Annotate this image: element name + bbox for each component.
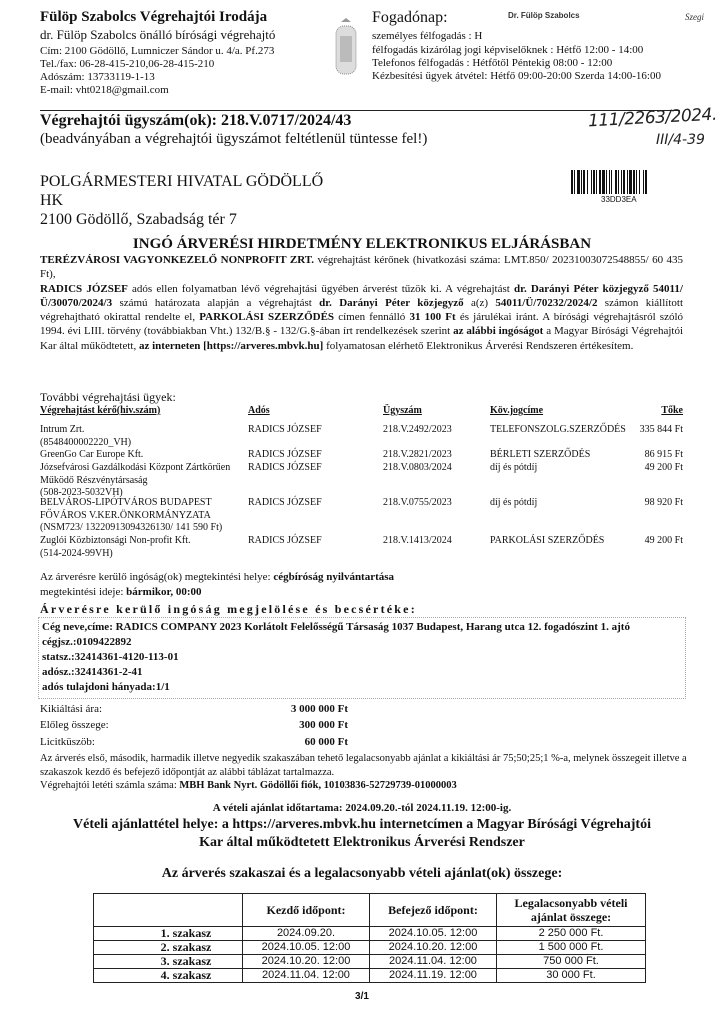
case-amount: 335 844 Ft: [600, 424, 683, 437]
col-header-creditor: Végrehajtást kérő(hiv.szám): [40, 405, 160, 416]
starting-price-label: Kikiáltási ára:: [40, 703, 102, 715]
item-ownership: adós tulajdoni hányada:1/1: [42, 680, 170, 694]
case-creditor: (NSM723/ 13220913094326130/ 141 590 Ft): [40, 522, 222, 535]
signature: Szegi: [685, 12, 704, 22]
further-cases-title: További végrehajtási ügyek:: [40, 390, 176, 405]
reception-personal: személyes félfogadás : H: [372, 30, 482, 43]
stage-end: 2024.10.20. 12:00: [370, 941, 497, 955]
bid-increment-label: Licitküszöb:: [40, 736, 95, 748]
reception-phone: Telefonos félfogadás : Hétfőtől Péntekig…: [372, 57, 612, 70]
col-header-amount: Tőke: [640, 405, 683, 416]
stages-table-header: Kezdő időpont: Befejező időpont: Legalac…: [94, 894, 646, 927]
deed-reference: 54011/Ü/70232/2024/2: [495, 297, 597, 309]
reception-title: Fogadónap:: [372, 9, 448, 27]
stage-name: 4. szakasz: [94, 969, 243, 983]
stage-start: 2024.11.04. 12:00: [243, 969, 370, 983]
recipient-address: 2100 Gödöllő, Szabadság tér 7: [40, 210, 237, 229]
case-debtor: RADICS JÓZSEF: [248, 449, 322, 462]
case-debtor: RADICS JÓZSEF: [248, 497, 322, 510]
office-address: Cím: 2100 Gödöllő, Lumniczer Sándor u. 4…: [40, 45, 274, 58]
reception-delivery: Kézbesítési ügyek átvétel: Hétfő 09:00-2…: [372, 70, 661, 83]
case-creditor: BELVÁROS-LIPÓTVÁROS BUDAPEST: [40, 497, 212, 510]
col-header-debtor: Adós: [248, 405, 270, 416]
header-divider: [40, 110, 680, 111]
stage-name: 2. szakasz: [94, 941, 243, 955]
item-stat-no: statsz.:32414361-4120-113-01: [42, 650, 179, 664]
viewing-time-label: megtekintési ideje:: [40, 586, 126, 598]
intro-text-part: adós ellen folyamatban lévő végrehajtási…: [128, 283, 514, 295]
page-number: 3/1: [0, 991, 724, 1002]
intro-text-part: az alábbi ingóságot: [453, 325, 543, 337]
viewing-place-label: Az árverésre kerülő ingóság(ok) megtekin…: [40, 571, 273, 583]
viewing-time: megtekintési ideje: bármikor, 00:00: [40, 586, 202, 598]
stages-note: Az árverés első, második, harmadik illet…: [40, 752, 690, 780]
handwritten-registration: 111/2263/2024.: [588, 105, 718, 132]
barcode-text: 33DD3EA: [601, 195, 637, 204]
case-number: Végrehajtói ügyszám(ok): 218.V.0717/2024…: [40, 112, 351, 130]
stages-table: Kezdő időpont: Befejező időpont: Legalac…: [93, 893, 646, 983]
case-creditor: Zuglói Közbiztonsági Non-profit Kft.: [40, 535, 191, 548]
case-number-note: (beadványában a végrehajtói ügyszámot fe…: [40, 131, 427, 148]
case-case: 218.V.0803/2024: [383, 462, 452, 475]
case-creditor: Józsefvárosi Gazdálkodási Központ Zártkö…: [40, 462, 230, 475]
stage-row: 3. szakasz2024.10.20. 12:002024.11.04. 1…: [94, 955, 646, 969]
viewing-time-value: bármikor, 00:00: [126, 586, 201, 598]
offer-period: A vételi ajánlat időtartama: 2024.09.20.…: [0, 802, 724, 814]
stage-row: 1. szakasz2024.09.20.2024.10.05. 12:002 …: [94, 927, 646, 941]
stage-name: 3. szakasz: [94, 955, 243, 969]
stage-min-offer: 2 250 000 Ft.: [497, 927, 646, 941]
case-title: díj és pótdíj: [490, 462, 537, 475]
case-amount: 98 920 Ft: [600, 497, 683, 510]
header-cell: Legalacsonyabb vételi ajánlat összege:: [497, 894, 646, 927]
item-tax-no: adósz.:32414361-2-41: [42, 665, 143, 679]
stage-start: 2024.09.20.: [243, 927, 370, 941]
case-title: díj és pótdíj: [490, 497, 537, 510]
intro-text-part: folyamatosan elérhető Elektronikus Árver…: [323, 340, 633, 352]
starting-price-value: 3 000 000 Ft: [248, 703, 348, 715]
case-creditor: Működő Részvénytársaság: [40, 475, 147, 488]
office-tax-no: Adószám: 13733119-1-13: [40, 71, 155, 84]
debt-amount: 31 100 Ft: [409, 311, 455, 323]
bank-account: Végrehajtói letéti számla száma: MBH Ban…: [40, 780, 457, 791]
creditor-name: TERÉZVÁROSI VAGYONKEZELŐ NONPROFIT ZRT.: [40, 254, 314, 266]
case-title: PARKOLÁSI SZERZŐDÉS: [490, 535, 604, 548]
stage-end: 2024.11.04. 12:00: [370, 955, 497, 969]
stage-end: 2024.10.05. 12:00: [370, 927, 497, 941]
header-cell: Kezdő időpont:: [243, 894, 370, 927]
bank-account-label: Végrehajtói letéti számla száma:: [40, 780, 179, 791]
viewing-place: Az árverésre kerülő ingóság(ok) megtekin…: [40, 571, 394, 583]
case-amount: 49 200 Ft: [600, 535, 683, 548]
contract-type: PARKOLÁSI SZERZŐDÉS: [199, 311, 334, 323]
stage-row: 4. szakasz2024.11.04. 12:002024.11.19. 1…: [94, 969, 646, 983]
stage-row: 2. szakasz2024.10.05. 12:002024.10.20. 1…: [94, 941, 646, 955]
stage-min-offer: 750 000 Ft.: [497, 955, 646, 969]
case-creditor: (514-2024-99VH): [40, 548, 113, 561]
case-creditor: Intrum Zrt.: [40, 424, 84, 437]
case-creditor: FŐVÁROS V.KER.ÖNKORMÁNYZATA: [40, 510, 211, 523]
offer-place: Vételi ajánlattétel helye: a https://arv…: [60, 816, 664, 852]
intro-text-part: a(z): [464, 297, 496, 309]
office-name: Fülöp Szabolcs Végrehajtói Irodája: [40, 9, 267, 26]
item-registration-no: cégjsz.:0109422892: [42, 635, 132, 649]
case-amount: 49 200 Ft: [600, 462, 683, 475]
case-debtor: RADICS JÓZSEF: [248, 462, 322, 475]
stages-title: Az árverés szakaszai és a legalacsonyabb…: [0, 866, 724, 882]
case-debtor: RADICS JÓZSEF: [248, 424, 322, 437]
deposit-value: 300 000 Ft: [248, 719, 348, 731]
header-cell: Befejező időpont:: [370, 894, 497, 927]
intro-text: TERÉZVÁROSI VAGYONKEZELŐ NONPROFIT ZRT. …: [40, 253, 683, 353]
stage-name: 1. szakasz: [94, 927, 243, 941]
viewing-place-value: cégbíróság nyilvántartása: [273, 571, 394, 583]
auction-site-link[interactable]: az interneten [https://arveres.mbvk.hu]: [139, 340, 323, 352]
stage-end: 2024.11.19. 12:00: [370, 969, 497, 983]
stage-start: 2024.10.20. 12:00: [243, 955, 370, 969]
stage-min-offer: 30 000 Ft.: [497, 969, 646, 983]
recipient-line2: HK: [40, 191, 63, 210]
col-header-case: Ügyszám: [383, 405, 422, 416]
coat-of-arms-icon: [333, 18, 359, 82]
stage-start: 2024.10.05. 12:00: [243, 941, 370, 955]
recipient-name: POLGÁRMESTERI HIVATAL GÖDÖLLŐ: [40, 172, 323, 191]
document-title: INGÓ ÁRVERÉSI HIRDETMÉNY ELEKTRONIKUS EL…: [0, 236, 724, 253]
header-cell: [94, 894, 243, 927]
case-case: 218.V.2821/2023: [383, 449, 452, 462]
col-header-title: Köv.jogcíme: [490, 405, 543, 416]
case-creditor: (8548400002220_VH): [40, 437, 131, 450]
stamp-name: Dr. Fülöp Szabolcs: [508, 11, 580, 20]
deposit-label: Előleg összege:: [40, 719, 109, 731]
stage-min-offer: 1 500 000 Ft.: [497, 941, 646, 955]
intro-text-part: címen fennálló: [334, 311, 409, 323]
intro-text-part: számú határozata alapján a végrehajtást: [112, 297, 319, 309]
case-debtor: RADICS JÓZSEF: [248, 535, 322, 548]
item-company: Cég neve,címe: RADICS COMPANY 2023 Korlá…: [42, 620, 630, 634]
office-phone: Tel./fax: 06-28-415-210,06-28-415-210: [40, 58, 214, 71]
office-email: E-mail: vht0218@gmail.com: [40, 84, 169, 97]
case-title: BÉRLETI SZERZŐDÉS: [490, 449, 590, 462]
debtor-name: RADICS JÓZSEF: [40, 283, 128, 295]
case-creditor: GreenGo Car Europe Kft.: [40, 449, 143, 462]
bid-increment-value: 60 000 Ft: [248, 736, 348, 748]
case-case: 218.V.1413/2024: [383, 535, 452, 548]
reception-legal: félfogadás kizárólag jogi képviselőknek …: [372, 44, 643, 57]
bank-account-value: MBH Bank Nyrt. Gödöllői fiók, 10103836-5…: [179, 780, 456, 791]
item-title: Árverésre kerülő ingóság megjelölése és …: [40, 602, 417, 617]
officer-name: dr. Fülöp Szabolcs önálló bírósági végre…: [40, 28, 275, 42]
notary-name: dr. Darányi Péter közjegyző: [319, 297, 463, 309]
handwritten-file-code: III/4-39: [656, 132, 705, 148]
case-case: 218.V.2492/2023: [383, 424, 452, 437]
barcode-icon: [571, 170, 683, 194]
case-case: 218.V.0755/2023: [383, 497, 452, 510]
case-amount: 86 915 Ft: [600, 449, 683, 462]
